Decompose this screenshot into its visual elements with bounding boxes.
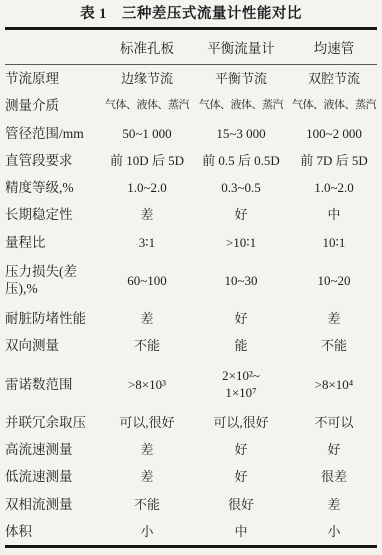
cell-value: 前 10D 后 5D (103, 147, 191, 174)
cell-value: 小 (291, 518, 377, 545)
table-row: 节流原理 边缘节流 平衡节流 双腔节流 (5, 65, 377, 93)
cell-value: 60~100 (103, 256, 191, 305)
cell-value: 不能 (291, 332, 377, 359)
column-header-averaging-pitot: 均速管 (291, 30, 377, 65)
cell-value: 3∶1 (103, 229, 191, 256)
cell-value: 气体、液体、蒸汽 (291, 92, 377, 119)
cell-value: 边缘节流 (103, 65, 191, 93)
row-label: 精度等级,% (5, 174, 103, 201)
row-label: 节流原理 (5, 65, 103, 93)
table-row: 测量介质 气体、液体、蒸汽 气体、液体、蒸汽 气体、液体、蒸汽 (5, 92, 377, 119)
cell-value: 可以,很好 (103, 409, 191, 436)
page-title: 表 1 三种差压式流量计性能对比 (5, 5, 377, 24)
cell-value: 双腔节流 (291, 65, 377, 93)
cell-value: 气体、液体、蒸汽 (191, 92, 291, 119)
row-label: 压力损失(差压),% (5, 256, 103, 305)
cell-value: 差 (103, 436, 191, 463)
row-label: 量程比 (5, 229, 103, 256)
cell-value: 中 (191, 518, 291, 545)
header-row: 标准孔板 平衡流量计 均速管 (5, 30, 377, 65)
table-row: 雷诺数范围 >8×10³ 2×10²~ 1×10⁷ >8×10⁴ (5, 360, 377, 409)
cell-value: 2×10²~ 1×10⁷ (191, 360, 291, 409)
table-row: 直管段要求 前 10D 后 5D 前 0.5 后 0.5D 前 7D 后 5D (5, 147, 377, 174)
table-row: 长期稳定性 差 好 中 (5, 201, 377, 228)
cell-value: 小 (103, 518, 191, 545)
cell-value: 很好 (191, 491, 291, 518)
cell-value: 10∶1 (291, 229, 377, 256)
cell-value: 可以,很好 (191, 409, 291, 436)
document-page: 表 1 三种差压式流量计性能对比 标准孔板 平衡流量计 均速管 节流原理 边缘节… (0, 0, 382, 555)
table-row: 量程比 3∶1 >10∶1 10∶1 (5, 229, 377, 256)
cell-value: 1.0~2.0 (103, 174, 191, 201)
column-header-balanced-flowmeter: 平衡流量计 (191, 30, 291, 65)
cell-value: 不能 (103, 332, 191, 359)
cell-value: 平衡节流 (191, 65, 291, 93)
cell-value: >8×10⁴ (291, 360, 377, 409)
comparison-table: 标准孔板 平衡流量计 均速管 节流原理 边缘节流 平衡节流 双腔节流 测量介质 … (5, 30, 377, 545)
cell-value: 能 (191, 332, 291, 359)
cell-value: 不能 (103, 491, 191, 518)
cell-value: 差 (103, 463, 191, 490)
row-label: 并联冗余取压 (5, 409, 103, 436)
cell-value: 好 (291, 436, 377, 463)
cell-value: 100~2 000 (291, 120, 377, 147)
table-row: 管径范围/mm 50~1 000 15~3 000 100~2 000 (5, 120, 377, 147)
cell-value: 10~30 (191, 256, 291, 305)
row-label: 双相流测量 (5, 491, 103, 518)
cell-value: 0.3~0.5 (191, 174, 291, 201)
row-label: 长期稳定性 (5, 201, 103, 228)
row-label: 管径范围/mm (5, 120, 103, 147)
cell-value: 10~20 (291, 256, 377, 305)
cell-value: 气体、液体、蒸汽 (103, 92, 191, 119)
table-row: 双相流测量 不能 很好 差 (5, 491, 377, 518)
table-row: 耐脏防堵性能 差 好 差 (5, 305, 377, 332)
table-row: 精度等级,% 1.0~2.0 0.3~0.5 1.0~2.0 (5, 174, 377, 201)
cell-value: >10∶1 (191, 229, 291, 256)
cell-value: 1.0~2.0 (291, 174, 377, 201)
row-label: 雷诺数范围 (5, 360, 103, 409)
row-label: 低流速测量 (5, 463, 103, 490)
row-label: 体积 (5, 518, 103, 545)
row-label: 双向测量 (5, 332, 103, 359)
table-row: 高流速测量 差 好 好 (5, 436, 377, 463)
cell-value: 中 (291, 201, 377, 228)
table-row: 低流速测量 差 好 很差 (5, 463, 377, 490)
cell-value: 前 0.5 后 0.5D (191, 147, 291, 174)
row-label: 直管段要求 (5, 147, 103, 174)
cell-value: 好 (191, 436, 291, 463)
table-row: 并联冗余取压 可以,很好 可以,很好 不可以 (5, 409, 377, 436)
row-label: 测量介质 (5, 92, 103, 119)
table-row: 双向测量 不能 能 不能 (5, 332, 377, 359)
cell-value: 差 (103, 305, 191, 332)
table-row: 压力损失(差压),% 60~100 10~30 10~20 (5, 256, 377, 305)
cell-value: 前 7D 后 5D (291, 147, 377, 174)
row-label: 耐脏防堵性能 (5, 305, 103, 332)
cell-value: >8×10³ (103, 360, 191, 409)
column-header-standard-orifice: 标准孔板 (103, 30, 191, 65)
table-row: 体积 小 中 小 (5, 518, 377, 545)
divider-heavy-bottom (5, 545, 377, 548)
header-empty-cell (5, 30, 103, 65)
cell-value: 很差 (291, 463, 377, 490)
cell-value: 好 (191, 201, 291, 228)
cell-value: 50~1 000 (103, 120, 191, 147)
cell-value: 不可以 (291, 409, 377, 436)
cell-value: 差 (291, 305, 377, 332)
cell-value: 好 (191, 305, 291, 332)
cell-value: 15~3 000 (191, 120, 291, 147)
cell-value: 差 (103, 201, 191, 228)
row-label: 高流速测量 (5, 436, 103, 463)
cell-value: 好 (191, 463, 291, 490)
cell-value: 差 (291, 491, 377, 518)
